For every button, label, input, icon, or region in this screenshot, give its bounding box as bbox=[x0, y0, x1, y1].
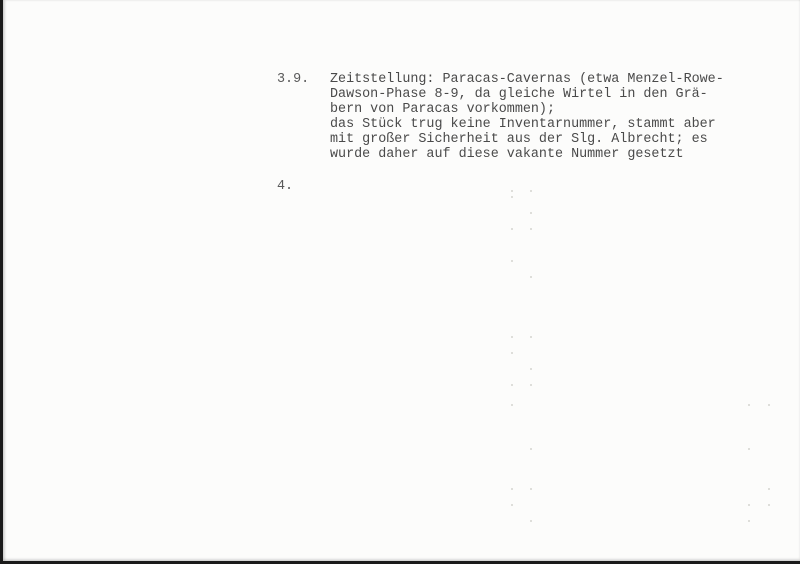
entry-3-9-text: Zeitstellung: Paracas-Cavernas (etwa Men… bbox=[330, 72, 724, 163]
speckle bbox=[511, 384, 513, 386]
paper-sheet: 3.9. Zeitstellung: Paracas-Cavernas (etw… bbox=[3, 0, 800, 561]
text-line: das Stück trug keine Inventarnummer, sta… bbox=[330, 117, 724, 132]
speckle bbox=[748, 404, 750, 406]
text-line: mit großer Sicherheit aus der Slg. Albre… bbox=[330, 132, 724, 147]
speckle bbox=[530, 276, 532, 278]
speckle bbox=[768, 504, 770, 506]
speckle bbox=[748, 448, 750, 450]
speckle bbox=[530, 336, 532, 338]
entry-number-4: 4. bbox=[277, 179, 293, 194]
speckle bbox=[530, 228, 532, 230]
speckle bbox=[511, 336, 513, 338]
text-line: Zeitstellung: Paracas-Cavernas (etwa Men… bbox=[330, 72, 724, 87]
speckle bbox=[530, 368, 532, 370]
speckle bbox=[530, 448, 532, 450]
speckle bbox=[511, 228, 513, 230]
speckle bbox=[511, 488, 513, 490]
speckle bbox=[530, 520, 532, 522]
speckle bbox=[511, 404, 513, 406]
scanned-page: 3.9. Zeitstellung: Paracas-Cavernas (etw… bbox=[0, 0, 800, 564]
speckle bbox=[768, 404, 770, 406]
speckle bbox=[511, 504, 513, 506]
speckle bbox=[530, 190, 532, 192]
speckle bbox=[748, 504, 750, 506]
speckle bbox=[511, 260, 513, 262]
speckle bbox=[511, 352, 513, 354]
speckle bbox=[511, 190, 513, 192]
speckle bbox=[530, 212, 532, 214]
entry-number-3-9: 3.9. bbox=[277, 72, 309, 87]
speckle bbox=[530, 384, 532, 386]
speckle bbox=[748, 520, 750, 522]
text-line: bern von Paracas vorkommen); bbox=[330, 102, 724, 117]
text-line: wurde daher auf diese vakante Nummer ges… bbox=[330, 147, 724, 162]
text-line: Dawson-Phase 8-9, da gleiche Wirtel in d… bbox=[330, 87, 724, 102]
speckle bbox=[768, 488, 770, 490]
speckle bbox=[511, 196, 513, 198]
speckle bbox=[530, 488, 532, 490]
